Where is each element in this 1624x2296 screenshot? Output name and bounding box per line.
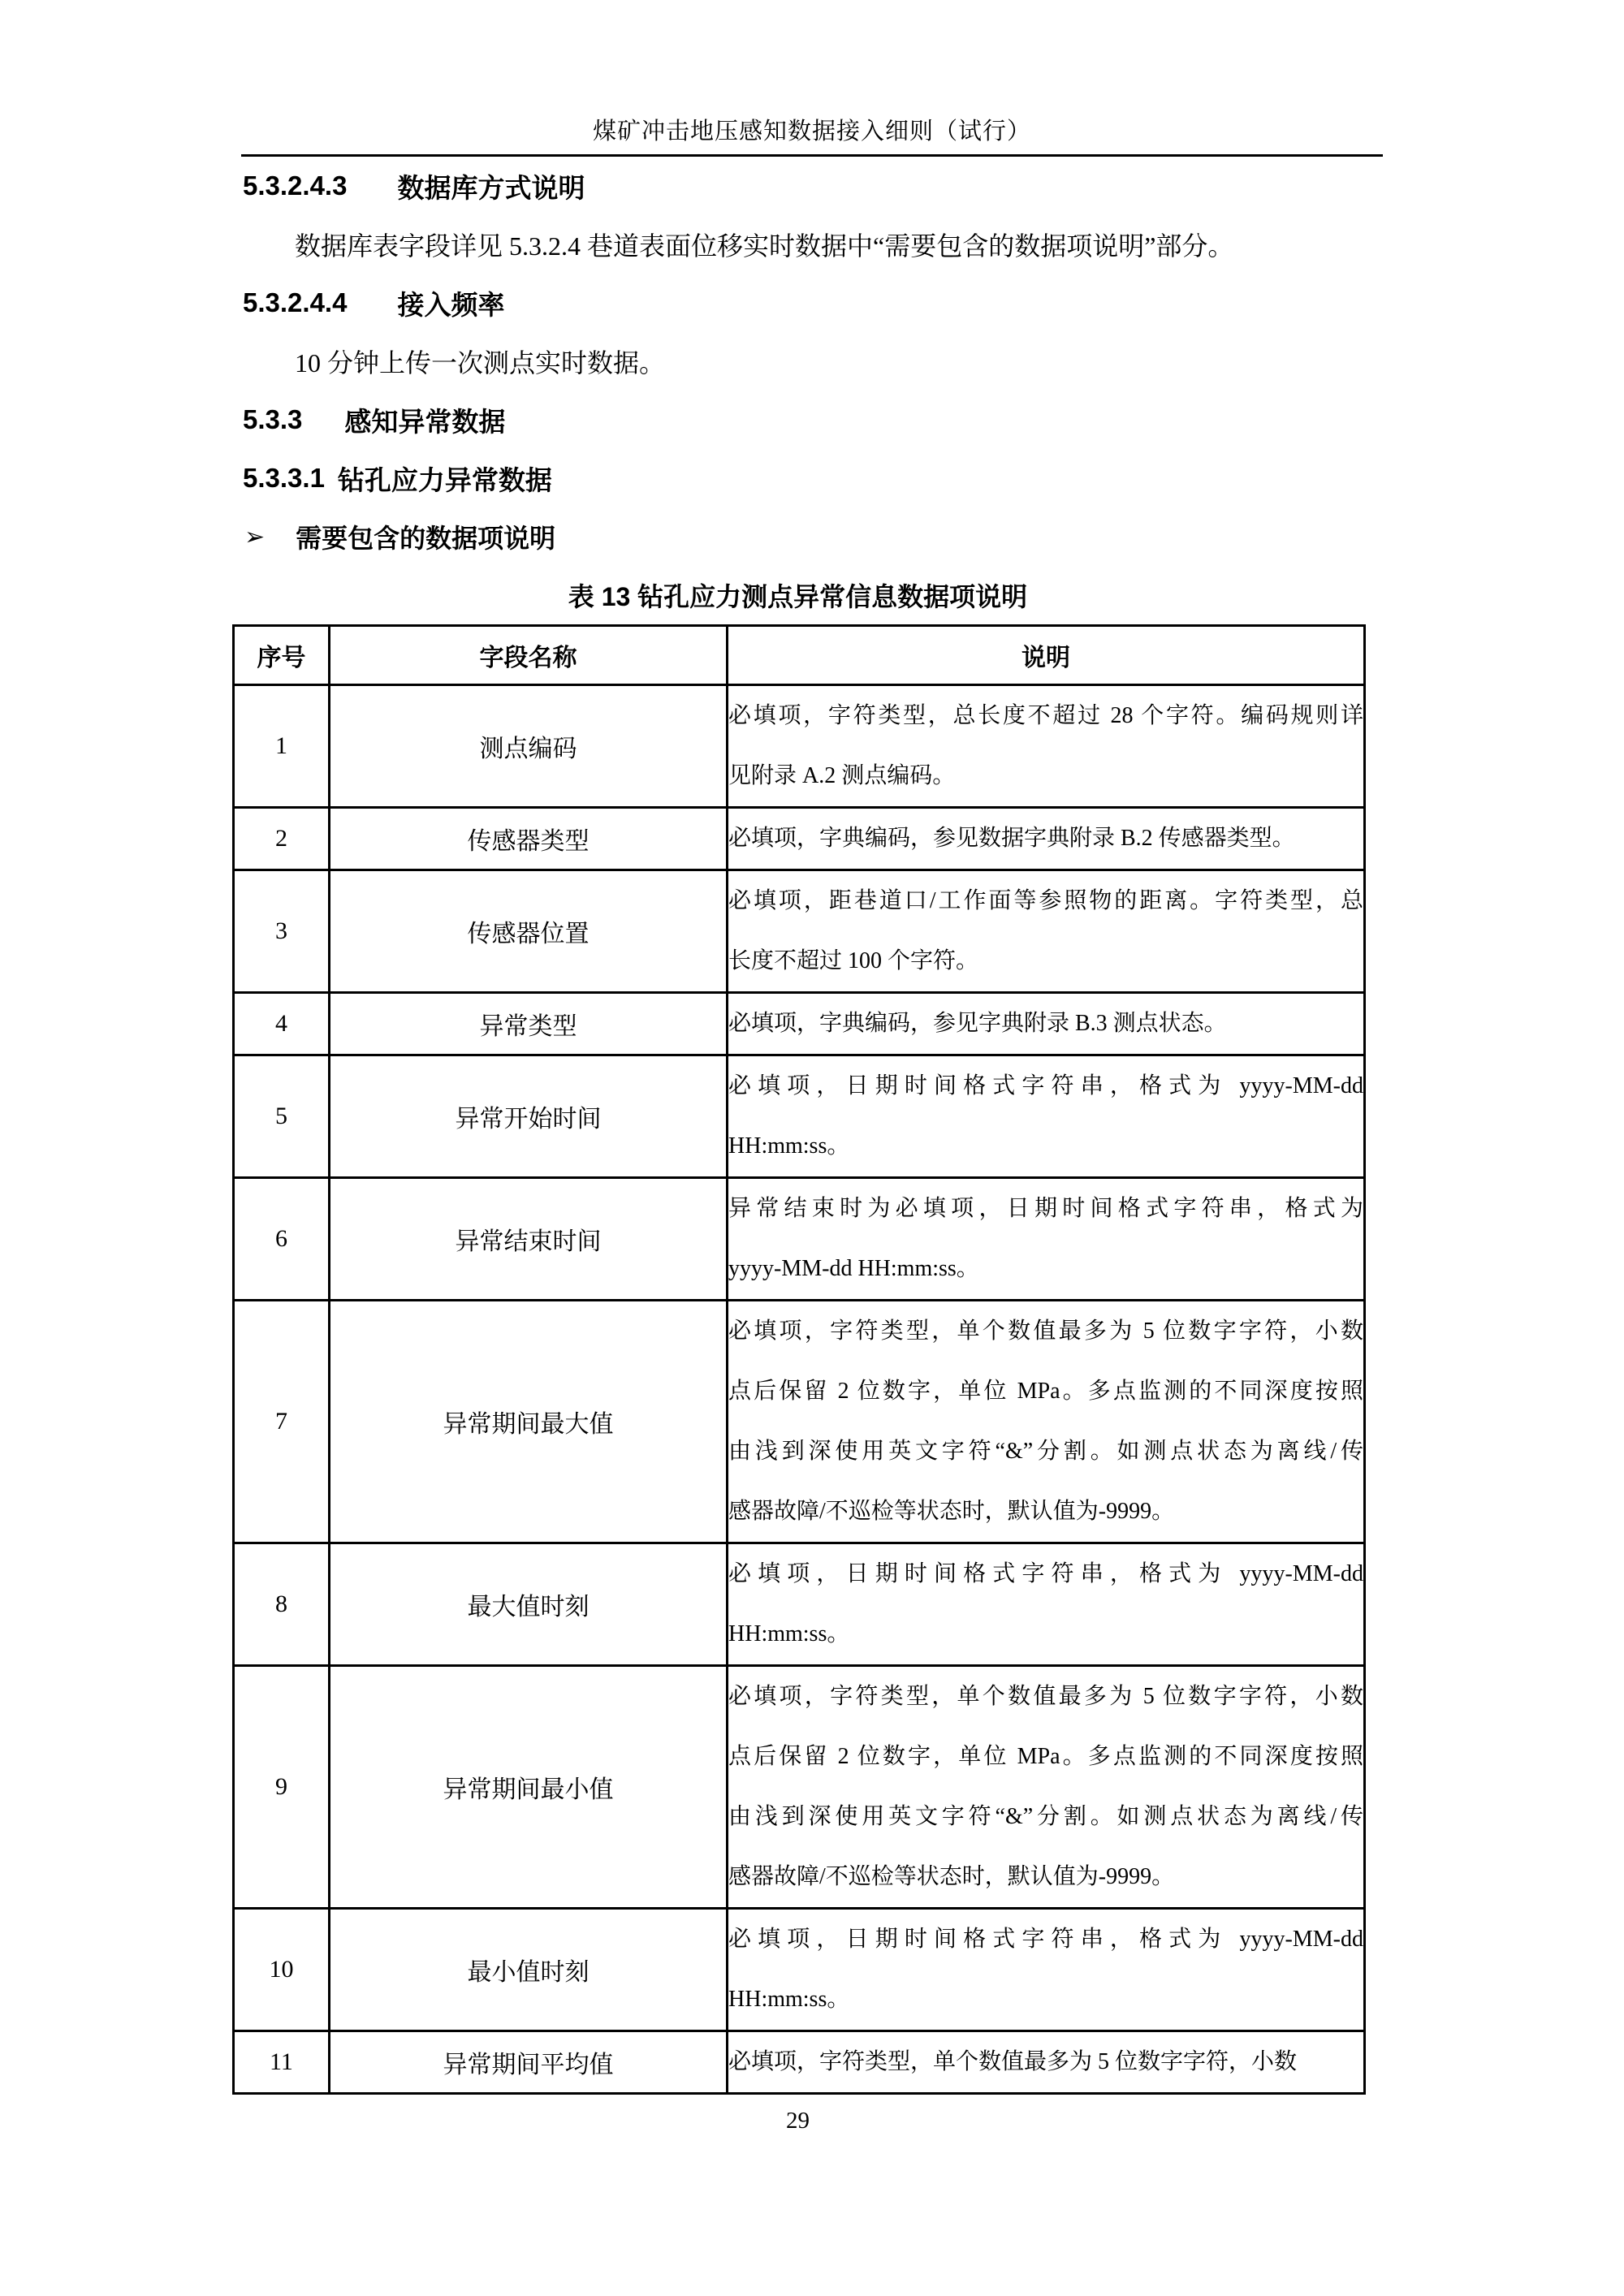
section-number: 5.3.2.4.4	[243, 287, 347, 318]
table-caption: 表 13 钻孔应力测点异常信息数据项说明	[232, 566, 1363, 624]
column-header-field: 字段名称	[330, 626, 728, 685]
description-line: 必填项，日期时间格式字符串，格式为 yyyy-MM-dd	[728, 1910, 1363, 1970]
paragraph-database-fields: 数据库表字段详见 5.3.2.4 巷道表面位移实时数据中“需要包含的数据项说明”…	[295, 215, 1363, 274]
description-cell: 必填项，字典编码，参见数据字典附录 B.2 传感器类型。	[728, 808, 1365, 870]
description-cell: 必填项，字典编码，参见字典附录 B.3 测点状态。	[728, 993, 1365, 1055]
data-items-table: 序号 字段名称 说明 1测点编码必填项，字符类型，总长度不超过 28 个字符。编…	[232, 624, 1366, 2095]
section-number: 5.3.3.1	[243, 463, 325, 494]
field-name-cell: 异常开始时间	[330, 1055, 728, 1178]
table-row: 6异常结束时间异常结束时为必填项，日期时间格式字符串，格式为yyyy-MM-dd…	[234, 1178, 1365, 1301]
row-number-cell: 9	[234, 1666, 330, 1909]
table-row: 10最小值时刻必填项，日期时间格式字符串，格式为 yyyy-MM-ddHH:mm…	[234, 1909, 1365, 2031]
description-cell: 必填项，字符类型，单个数值最多为 5 位数字字符，小数点后保留 2 位数字，单位…	[728, 1301, 1365, 1543]
description-line: 必填项，距巷道口/工作面等参照物的距离。字符类型，总	[728, 871, 1363, 931]
table-row: 4异常类型必填项，字典编码，参见字典附录 B.3 测点状态。	[234, 993, 1365, 1055]
description-line: 必填项，字符类型，总长度不超过 28 个字符。编码规则详	[728, 686, 1363, 746]
bullet-label: 需要包含的数据项说明	[296, 518, 555, 555]
table-row: 11异常期间平均值必填项，字符类型，单个数值最多为 5 位数字字符，小数	[234, 2031, 1365, 2094]
section-heading-borehole-stress: 5.3.3.1 钻孔应力异常数据	[243, 449, 1363, 507]
row-number-cell: 6	[234, 1178, 330, 1301]
field-name-cell: 传感器类型	[330, 808, 728, 870]
description-line: 必填项，字符类型，单个数值最多为 5 位数字字符，小数	[728, 1667, 1363, 1727]
description-cell: 必填项，日期时间格式字符串，格式为 yyyy-MM-ddHH:mm:ss。	[728, 1055, 1365, 1178]
row-number-cell: 8	[234, 1543, 330, 1666]
field-name-cell: 异常期间最小值	[330, 1666, 728, 1909]
table-row: 5异常开始时间必填项，日期时间格式字符串，格式为 yyyy-MM-ddHH:mm…	[234, 1055, 1365, 1178]
table-row: 1测点编码必填项，字符类型，总长度不超过 28 个字符。编码规则详见附录 A.2…	[234, 685, 1365, 808]
row-number-cell: 1	[234, 685, 330, 808]
description-line: 感器故障/不巡检等状态时，默认值为-9999。	[728, 1847, 1363, 1907]
table-row: 9异常期间最小值必填项，字符类型，单个数值最多为 5 位数字字符，小数点后保留 …	[234, 1666, 1365, 1909]
table-body: 1测点编码必填项，字符类型，总长度不超过 28 个字符。编码规则详见附录 A.2…	[234, 685, 1365, 2094]
document-content: 5.3.2.4.3 数据库方式说明 数据库表字段详见 5.3.2.4 巷道表面位…	[232, 157, 1363, 2134]
description-line: 必填项，日期时间格式字符串，格式为 yyyy-MM-dd	[728, 1544, 1363, 1604]
page-number: 29	[232, 2108, 1363, 2134]
row-number-cell: 3	[234, 870, 330, 993]
section-heading-access-frequency: 5.3.2.4.4 接入频率	[243, 274, 1363, 332]
document-page: 煤矿冲击地压感知数据接入细则（试行） 5.3.2.4.3 数据库方式说明 数据库…	[0, 0, 1624, 2296]
description-cell: 必填项，字符类型，单个数值最多为 5 位数字字符，小数点后保留 2 位数字，单位…	[728, 1666, 1365, 1909]
table-row: 8最大值时刻必填项，日期时间格式字符串，格式为 yyyy-MM-ddHH:mm:…	[234, 1543, 1365, 1666]
field-name-cell: 异常期间平均值	[330, 2031, 728, 2094]
description-line: yyyy-MM-dd HH:mm:ss。	[728, 1239, 1363, 1299]
row-number-cell: 10	[234, 1909, 330, 2031]
section-title: 数据库方式说明	[397, 167, 585, 205]
description-line: 长度不超过 100 个字符。	[728, 931, 1363, 991]
description-line: 由浅到深使用英文字符“&”分割。如测点状态为离线/传	[728, 1787, 1363, 1847]
document-header: 煤矿冲击地压感知数据接入细则（试行）	[241, 118, 1383, 157]
description-line: HH:mm:ss。	[728, 1970, 1363, 2030]
description-cell: 异常结束时为必填项，日期时间格式字符串，格式为yyyy-MM-dd HH:mm:…	[728, 1178, 1365, 1301]
section-heading-database-method: 5.3.2.4.3 数据库方式说明	[243, 157, 1363, 215]
field-name-cell: 传感器位置	[330, 870, 728, 993]
paragraph-upload-interval: 10 分钟上传一次测点实时数据。	[295, 332, 1363, 391]
section-number: 5.3.3	[243, 404, 302, 435]
description-cell: 必填项，日期时间格式字符串，格式为 yyyy-MM-ddHH:mm:ss。	[728, 1909, 1365, 2031]
table-row: 3传感器位置必填项，距巷道口/工作面等参照物的距离。字符类型，总长度不超过 10…	[234, 870, 1365, 993]
table-row: 7异常期间最大值必填项，字符类型，单个数值最多为 5 位数字字符，小数点后保留 …	[234, 1301, 1365, 1543]
description-line: 必填项，日期时间格式字符串，格式为 yyyy-MM-dd	[728, 1056, 1363, 1116]
description-line: 必填项，字典编码，参见数据字典附录 B.2 传感器类型。	[728, 809, 1363, 869]
column-header-no: 序号	[234, 626, 330, 685]
description-line: 必填项，字符类型，单个数值最多为 5 位数字字符，小数	[728, 2032, 1363, 2092]
description-line: HH:mm:ss。	[728, 1604, 1363, 1664]
description-cell: 必填项，字符类型，总长度不超过 28 个字符。编码规则详见附录 A.2 测点编码…	[728, 685, 1365, 808]
field-name-cell: 异常结束时间	[330, 1178, 728, 1301]
document-header-title: 煤矿冲击地压感知数据接入细则（试行）	[241, 118, 1383, 145]
description-line: 必填项，字符类型，单个数值最多为 5 位数字字符，小数	[728, 1301, 1363, 1362]
field-name-cell: 异常类型	[330, 993, 728, 1055]
row-number-cell: 5	[234, 1055, 330, 1178]
description-line: 点后保留 2 位数字，单位 MPa。多点监测的不同深度按照	[728, 1727, 1363, 1787]
field-name-cell: 测点编码	[330, 685, 728, 808]
row-number-cell: 7	[234, 1301, 330, 1543]
description-line: 感器故障/不巡检等状态时，默认值为-9999。	[728, 1482, 1363, 1542]
row-number-cell: 11	[234, 2031, 330, 2094]
column-header-description: 说明	[728, 626, 1365, 685]
bullet-item-data-items: ➢ 需要包含的数据项说明	[244, 507, 1363, 566]
section-title: 钻孔应力异常数据	[338, 460, 552, 498]
arrow-bullet-icon: ➢	[244, 523, 265, 551]
description-line: HH:mm:ss。	[728, 1116, 1363, 1176]
description-cell: 必填项，距巷道口/工作面等参照物的距离。字符类型，总长度不超过 100 个字符。	[728, 870, 1365, 993]
table-header-row: 序号 字段名称 说明	[234, 626, 1365, 685]
row-number-cell: 4	[234, 993, 330, 1055]
description-line: 见附录 A.2 测点编码。	[728, 746, 1363, 806]
description-line: 必填项，字典编码，参见字典附录 B.3 测点状态。	[728, 994, 1363, 1054]
table-row: 2传感器类型必填项，字典编码，参见数据字典附录 B.2 传感器类型。	[234, 808, 1365, 870]
description-line: 由浅到深使用英文字符“&”分割。如测点状态为离线/传	[728, 1422, 1363, 1482]
field-name-cell: 最小值时刻	[330, 1909, 728, 2031]
section-heading-abnormal-data: 5.3.3 感知异常数据	[243, 391, 1363, 449]
field-name-cell: 最大值时刻	[330, 1543, 728, 1666]
section-title: 感知异常数据	[344, 401, 505, 439]
description-line: 异常结束时为必填项，日期时间格式字符串，格式为	[728, 1179, 1363, 1239]
section-title: 接入频率	[397, 284, 504, 322]
field-name-cell: 异常期间最大值	[330, 1301, 728, 1543]
row-number-cell: 2	[234, 808, 330, 870]
section-number: 5.3.2.4.3	[243, 170, 347, 201]
description-line: 点后保留 2 位数字，单位 MPa。多点监测的不同深度按照	[728, 1362, 1363, 1422]
description-cell: 必填项，日期时间格式字符串，格式为 yyyy-MM-ddHH:mm:ss。	[728, 1543, 1365, 1666]
description-cell: 必填项，字符类型，单个数值最多为 5 位数字字符，小数	[728, 2031, 1365, 2094]
